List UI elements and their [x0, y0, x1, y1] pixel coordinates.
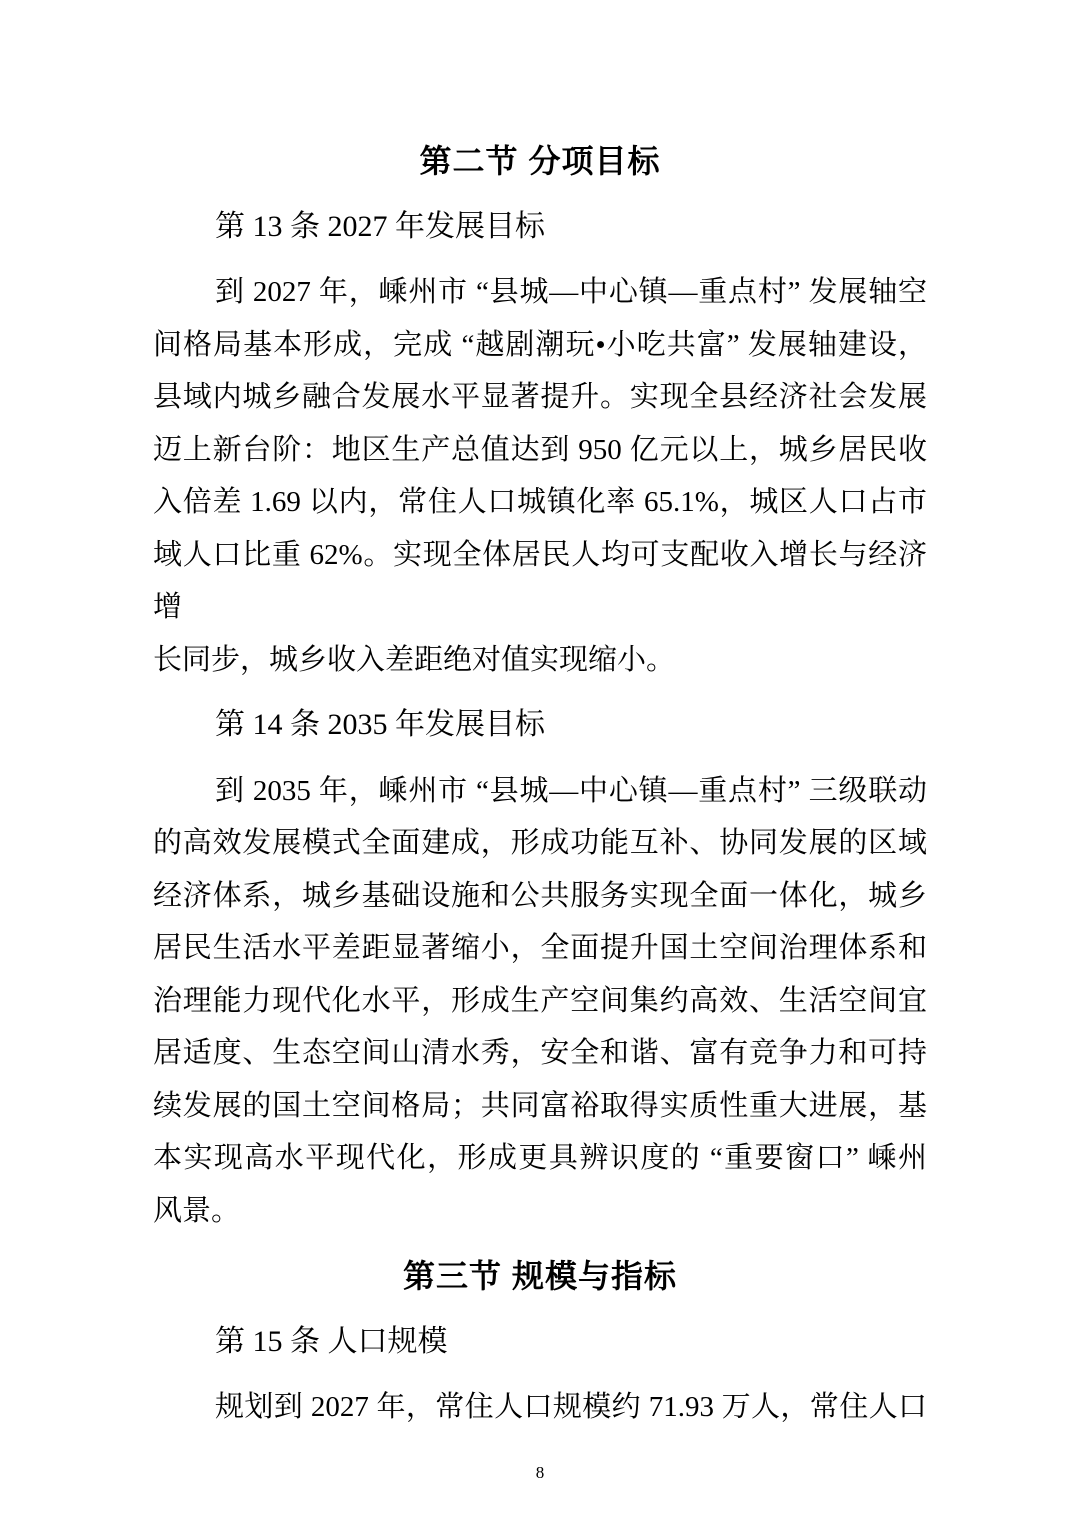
- article-13-body: 到 2027 年，嵊州市 “县城—中心镇—重点村” 发展轴空 间格局基本形成，完…: [153, 266, 927, 686]
- text-line: 治理能力现代化水平，形成生产空间集约高效、生活空间宜: [153, 975, 927, 1028]
- page-number: 8: [153, 1447, 927, 1500]
- text-line: 入倍差 1.69 以内，常住人口城镇化率 65.1%，城区人口占市: [153, 476, 927, 529]
- text-line: 本实现高水平现代化，形成更具辨识度的 “重要窗口” 嵊州: [153, 1132, 927, 1185]
- article-14-title: 第 14 条 2035 年发展目标: [153, 699, 927, 752]
- text-line: 到 2027 年，嵊州市 “县城—中心镇—重点村” 发展轴空: [153, 266, 927, 319]
- document-page: 第二节 分项目标 第 13 条 2027 年发展目标 到 2027 年，嵊州市 …: [0, 0, 1080, 1527]
- article-14-body: 到 2035 年，嵊州市 “县城—中心镇—重点村” 三级联动 的高效发展模式全面…: [153, 765, 927, 1238]
- article-15-body: 规划到 2027 年，常住人口规模约 71.93 万人，常住人口: [153, 1381, 927, 1434]
- text-line: 的高效发展模式全面建成，形成功能互补、协同发展的区域: [153, 817, 927, 870]
- text-line: 域人口比重 62%。实现全体居民人均可支配收入增长与经济增: [153, 529, 927, 634]
- text-line: 到 2035 年，嵊州市 “县城—中心镇—重点村” 三级联动: [153, 765, 927, 818]
- text-line: 居适度、生态空间山清水秀，安全和谐、富有竞争力和可持: [153, 1027, 927, 1080]
- article-13-title: 第 13 条 2027 年发展目标: [153, 201, 927, 254]
- text-line: 迈上新台阶：地区生产总值达到 950 亿元以上，城乡居民收: [153, 424, 927, 477]
- text-line: 县域内城乡融合发展水平显著提升。实现全县经济社会发展: [153, 371, 927, 424]
- section-2-heading: 第二节 分项目标: [153, 135, 927, 188]
- text-line: 续发展的国土空间格局；共同富裕取得实质性重大进展，基: [153, 1080, 927, 1133]
- article-15-title: 第 15 条 人口规模: [153, 1316, 927, 1369]
- text-line: 风景。: [153, 1185, 927, 1238]
- section-3-heading: 第三节 规模与指标: [153, 1250, 927, 1303]
- text-line: 规划到 2027 年，常住人口规模约 71.93 万人，常住人口: [153, 1381, 927, 1434]
- text-line: 居民生活水平差距显著缩小，全面提升国土空间治理体系和: [153, 922, 927, 975]
- text-line: 间格局基本形成，完成 “越剧潮玩•小吃共富” 发展轴建设，: [153, 319, 927, 372]
- text-line: 经济体系，城乡基础设施和公共服务实现全面一体化，城乡: [153, 870, 927, 923]
- text-line: 长同步，城乡收入差距绝对值实现缩小。: [153, 634, 927, 687]
